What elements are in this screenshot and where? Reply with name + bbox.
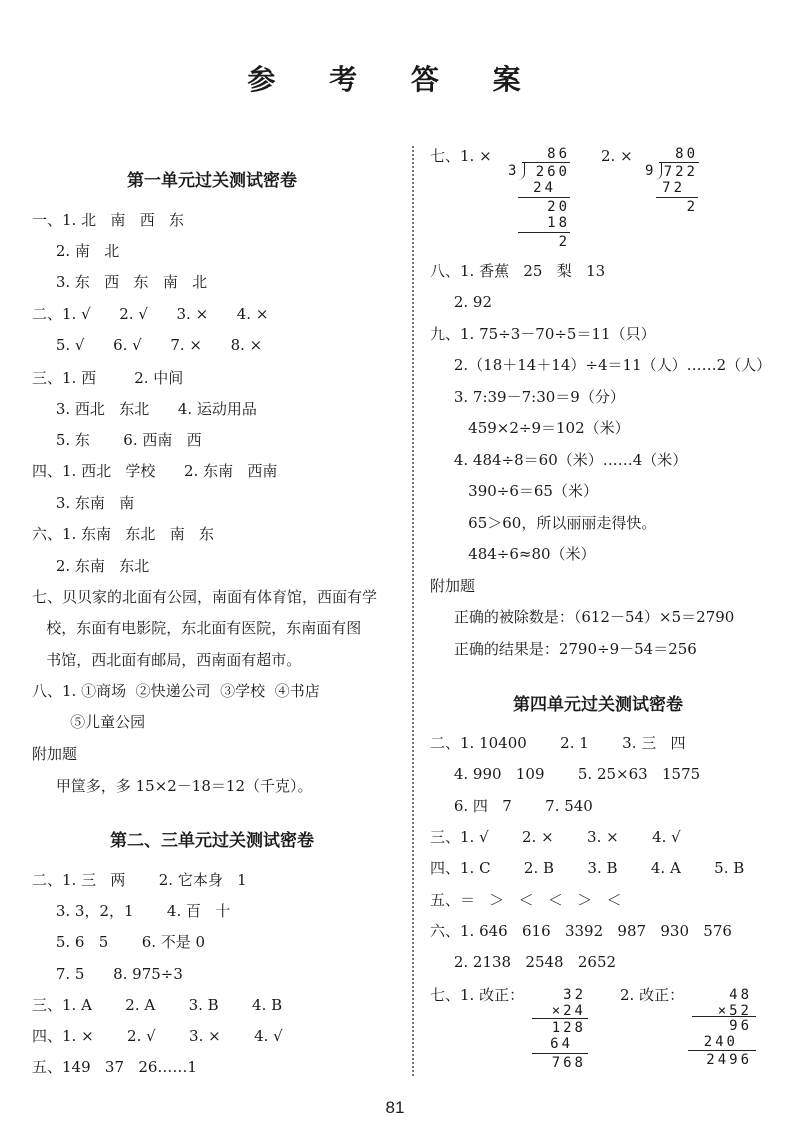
answer-line: 八、1. 香蕉 25 梨 13 xyxy=(430,261,605,281)
answer-line: 四、1. 西北 学校 2. 东南 西南 xyxy=(32,461,277,481)
answer-line: 七、贝贝家的北面有公园，南面有体育馆，西面有学 xyxy=(32,587,377,607)
answer-line: 六、1. 东南 东北 南 东 xyxy=(32,524,214,544)
rule xyxy=(518,232,570,233)
answer-line: 3. 7:39－7:30＝9（分） xyxy=(430,387,625,407)
rule xyxy=(518,197,570,198)
answer-line: 六、1. 646 616 3392 987 930 576 xyxy=(430,921,732,941)
product: 2496 xyxy=(690,1052,752,1068)
answer-line: 三、1. √ 2. × 3. × 4. √ xyxy=(430,827,681,847)
answer-line: 四、1. × 2. √ 3. × 4. √ xyxy=(32,1026,283,1046)
answer-line: 书馆，西北面有邮局，西南面有超市。 xyxy=(32,650,301,670)
multiplier: ×24 xyxy=(530,1003,586,1019)
answer-line: 二、1. 10400 2. 1 3. 三 四 xyxy=(430,733,686,753)
answer-line: 五、＝ ＞ ＜ ＜ ＞ ＜ xyxy=(430,890,622,910)
division-step: 24 xyxy=(520,180,556,196)
column-divider xyxy=(412,146,414,1076)
division-remainder: 2 xyxy=(655,199,698,215)
answer-line: 2. 2138 2548 2652 xyxy=(430,952,616,972)
dividend: 260 xyxy=(520,164,570,180)
multiplicand: 48 xyxy=(690,987,752,1003)
answer-line: 4. 484÷8＝60（米）……4（米） xyxy=(430,450,687,470)
answer-line: 65＞60，所以丽丽走得快。 xyxy=(430,513,656,533)
product: 768 xyxy=(530,1055,586,1071)
answer-line: 甲筐多，多 15×2－18＝12（千克）。 xyxy=(32,776,312,796)
answer-line: 三、1. A 2. A 3. B 4. B xyxy=(32,995,282,1015)
division-bracket xyxy=(522,162,570,163)
rule xyxy=(688,1050,756,1051)
divisor: 3 xyxy=(508,163,518,179)
q7-label-1: 七、1. × xyxy=(430,146,492,166)
divisor: 9 xyxy=(645,163,655,179)
rule xyxy=(656,197,698,198)
page-title: 参 考 答 案 xyxy=(0,58,790,98)
answer-line: 6. 四 7 7. 540 xyxy=(430,796,593,816)
answer-line: 484÷6≈80（米） xyxy=(430,544,596,564)
answer-line: 三、1. 西 2. 中间 xyxy=(32,368,183,388)
answer-line: 正确的被除数是：（612－54）×5＝2790 xyxy=(430,607,734,627)
dividend: 722 xyxy=(655,164,698,180)
answer-line: 八、1. ①商场 ②快递公司 ③学校 ④书店 xyxy=(32,681,320,701)
answer-line: ⑤儿童公园 xyxy=(32,712,145,732)
rule xyxy=(532,1053,588,1054)
answer-line: 五、149 37 26……1 xyxy=(32,1057,197,1077)
answer-line: 5. 东 6. 西南 西 xyxy=(32,430,202,450)
section-title-unit1: 第一单元过关测试密卷 xyxy=(32,166,392,191)
answer-line: 5. 6 5 6. 不是 0 xyxy=(32,932,205,952)
answer-line: 九、1. 75÷3－70÷5＝11（只） xyxy=(430,324,656,344)
answer-line: 校，东面有电影院，东北面有医院，东南面有图 xyxy=(32,618,361,638)
answer-line: 390÷6＝65（米） xyxy=(430,481,598,501)
answer-line: 3. 东南 南 xyxy=(32,493,134,513)
answer-line: 2. 南 北 xyxy=(32,241,119,261)
answer-line: 3. 东 西 东 南 北 xyxy=(32,272,207,292)
multiplicand: 32 xyxy=(530,987,586,1003)
answer-line: 2. 东南 东北 xyxy=(32,556,149,576)
rule xyxy=(532,1018,588,1019)
section-title-unit2-3: 第二、三单元过关测试密卷 xyxy=(32,826,392,851)
bonus-label: 附加题 xyxy=(430,576,475,596)
answer-line: 5. √ 6. √ 7. × 8. × xyxy=(32,335,262,355)
partial-product: 240 xyxy=(688,1034,738,1050)
answer-line: 3. 3，2，1 4. 百 十 xyxy=(32,901,230,921)
q7-label-2: 2. × xyxy=(601,146,633,166)
answer-line: 4. 990 109 5. 25×63 1575 xyxy=(430,764,700,784)
answer-line: 二、1. 三 两 2. 它本身 1 xyxy=(32,870,247,890)
answer-line: 459×2÷9＝102（米） xyxy=(430,418,630,438)
quotient: 80 xyxy=(650,146,698,162)
division-step: 18 xyxy=(520,215,570,231)
division-remainder: 2 xyxy=(520,234,570,250)
division-step: 20 xyxy=(520,199,570,215)
bonus-label: 附加题 xyxy=(32,744,77,764)
partial-product: 96 xyxy=(690,1018,752,1034)
answer-line: 一、1. 北 南 西 东 xyxy=(32,210,184,230)
answer-line: 正确的结果是：2790÷9－54＝256 xyxy=(430,639,697,659)
page-number: 81 xyxy=(0,1098,790,1118)
answer-line: 二、1. √ 2. √ 3. × 4. × xyxy=(32,304,268,324)
division-step: 72 xyxy=(655,180,685,196)
q7-label-1: 七、1. 改正： xyxy=(430,985,524,1005)
answer-line: 2.（18＋14＋14）÷4＝11（人）……2（人） xyxy=(430,355,771,375)
section-title-unit4: 第四单元过关测试密卷 xyxy=(423,690,773,715)
answer-line: 7. 5 8. 975÷3 xyxy=(32,964,183,984)
q7-label-2: 2. 改正： xyxy=(620,985,684,1005)
rule xyxy=(692,1016,756,1017)
answer-line: 2. 92 xyxy=(430,292,492,312)
division-bracket xyxy=(659,162,699,163)
quotient: 86 xyxy=(510,146,570,162)
partial-product: 64 xyxy=(530,1036,573,1052)
answer-line: 四、1. C 2. B 3. B 4. A 5. B xyxy=(430,858,744,878)
answer-line: 3. 西北 东北 4. 运动用品 xyxy=(32,399,257,419)
partial-product: 128 xyxy=(530,1020,586,1036)
